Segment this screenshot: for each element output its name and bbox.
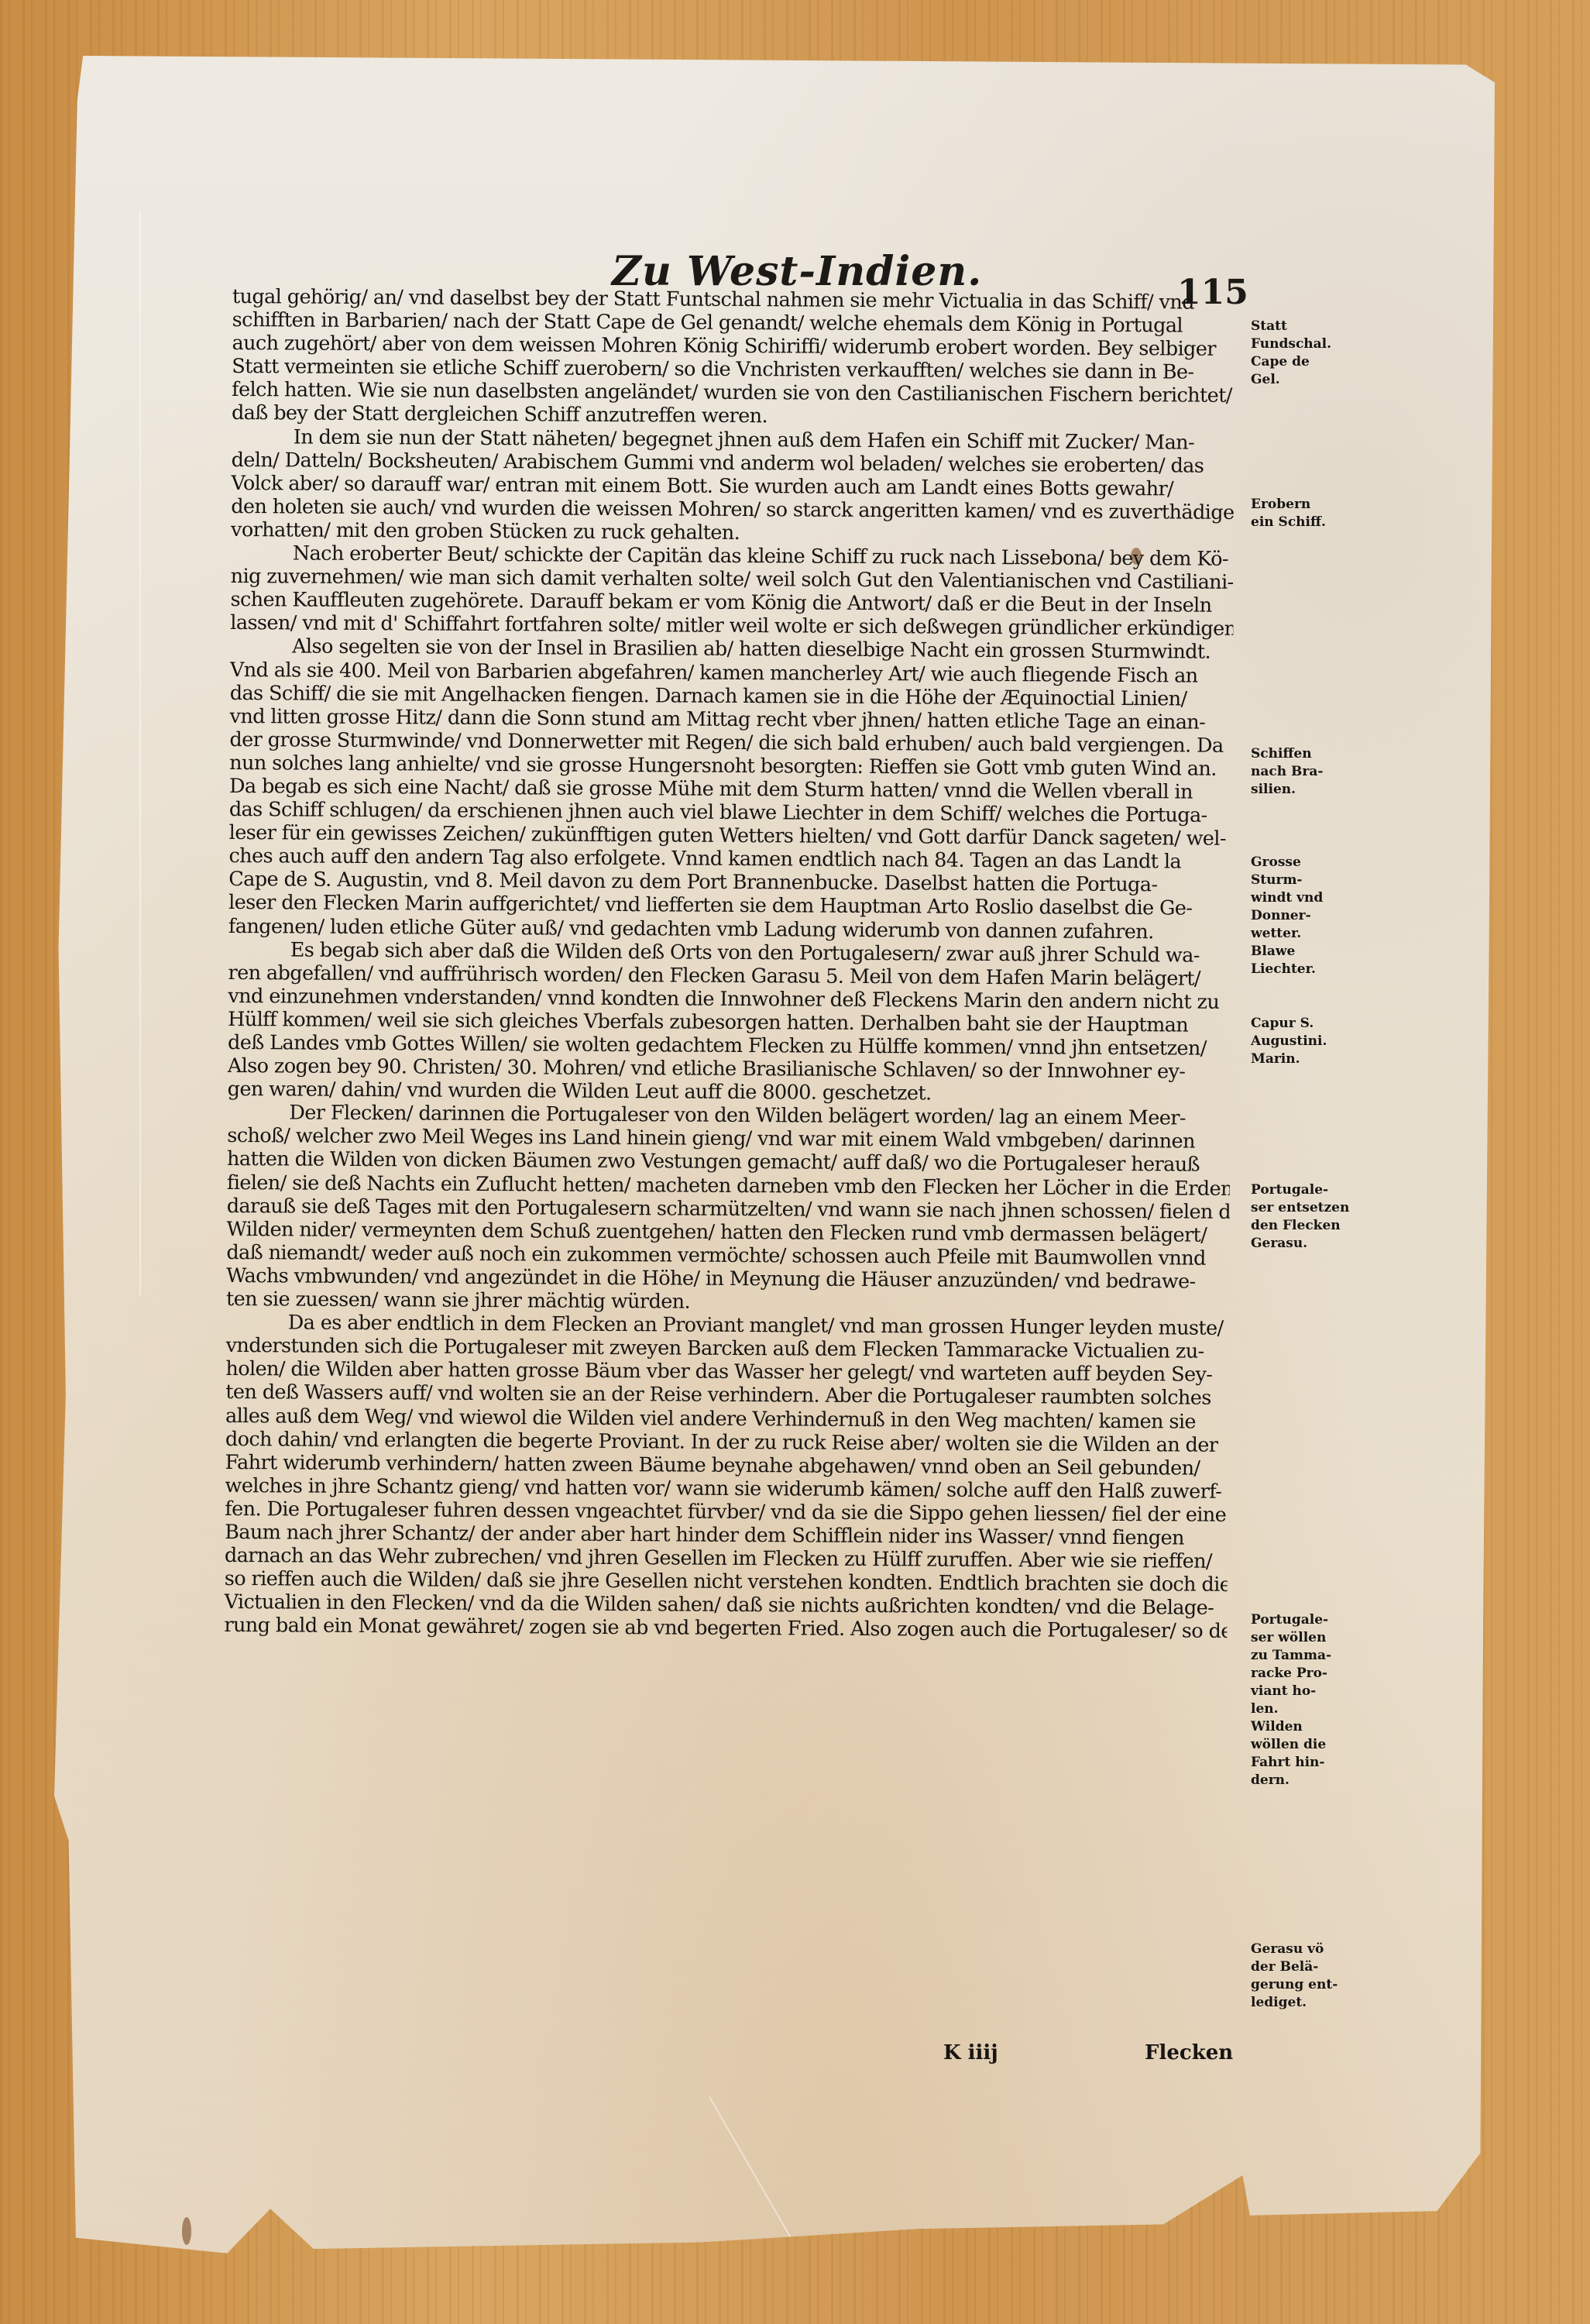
margin-note-line: racke Pro- xyxy=(1251,1665,1344,1683)
margin-note-line: Marin. xyxy=(1251,1050,1344,1068)
margin-note-line: zu Tamma- xyxy=(1251,1647,1344,1665)
margin-note-line: Erobern xyxy=(1251,496,1344,514)
margin-note-line: windt vnd xyxy=(1251,889,1344,907)
margin-note-line: Gerasu. xyxy=(1251,1235,1344,1253)
margin-note: Gerasu vöder Belä-gerung ent-lediget. xyxy=(1251,1941,1344,2012)
margin-note-line: nach Bra- xyxy=(1251,763,1344,781)
margin-note-line: lediget. xyxy=(1251,1994,1344,2012)
margin-note-line: wöllen die xyxy=(1251,1736,1344,1754)
margin-note-line: Capur S. xyxy=(1251,1015,1344,1033)
margin-note-line: viant ho- xyxy=(1251,1683,1344,1700)
margin-note: Schiffennach Bra-silien. xyxy=(1251,745,1344,799)
margin-note: Capur S.Augustini.Marin. xyxy=(1251,1015,1344,1068)
margin-note: Erobernein Schiff. xyxy=(1251,496,1344,531)
body-text: tugal gehörig/ an/ vnd daselbst bey der … xyxy=(224,285,1235,1643)
margin-note-line: dern. xyxy=(1251,1772,1344,1789)
margin-note: Portugale-ser entsetzenden FleckenGerasu… xyxy=(1251,1181,1344,1253)
margin-note-line: Grosse xyxy=(1251,854,1344,871)
margin-note-line: Augustini. xyxy=(1251,1033,1344,1050)
margin-note-line: Gerasu vö xyxy=(1251,1941,1344,1958)
margin-note-line: Statt xyxy=(1251,318,1344,335)
catchword: Flecken xyxy=(1145,2041,1233,2064)
margin-note-line: der Belä- xyxy=(1251,1958,1344,1976)
paper-crease xyxy=(709,2096,795,2245)
margin-note-line: Fundschal. xyxy=(1251,335,1344,353)
margin-note-line: Gel. xyxy=(1251,371,1344,389)
margin-note-line: Schiffen xyxy=(1251,745,1344,763)
margin-note-line: ser entsetzen xyxy=(1251,1199,1344,1217)
margin-note-line: ein Schiff. xyxy=(1251,514,1344,531)
margin-note-line: ser wöllen xyxy=(1251,1629,1344,1647)
margin-note-line: den Flecken xyxy=(1251,1217,1344,1235)
margin-note: Portugale-ser wöllenzu Tamma-racke Pro-v… xyxy=(1251,1611,1344,1789)
margin-note-line: Blawe xyxy=(1251,943,1344,961)
paper-crease xyxy=(139,211,141,1295)
ink-stain xyxy=(182,2217,191,2245)
margin-note-line: Portugale- xyxy=(1251,1611,1344,1629)
margin-note-line: silien. xyxy=(1251,781,1344,799)
margin-note-line: Cape de xyxy=(1251,353,1344,371)
margin-note-line: Wilden xyxy=(1251,1718,1344,1736)
margin-note-line: gerung ent- xyxy=(1251,1976,1344,1994)
margin-note: GrosseSturm-windt vndDonner-wetter.Blawe… xyxy=(1251,854,1344,978)
margin-note: StattFundschal.Cape deGel. xyxy=(1251,318,1344,389)
margin-note-line: wetter. xyxy=(1251,925,1344,943)
margin-note-line: len. xyxy=(1251,1700,1344,1718)
margin-note-line: Liechter. xyxy=(1251,961,1344,978)
signature-mark: K iiij xyxy=(943,2041,998,2064)
margin-note-line: Donner- xyxy=(1251,907,1344,925)
margin-note-line: Sturm- xyxy=(1251,871,1344,889)
margin-note-line: Fahrt hin- xyxy=(1251,1754,1344,1772)
margin-note-line: Portugale- xyxy=(1251,1181,1344,1199)
